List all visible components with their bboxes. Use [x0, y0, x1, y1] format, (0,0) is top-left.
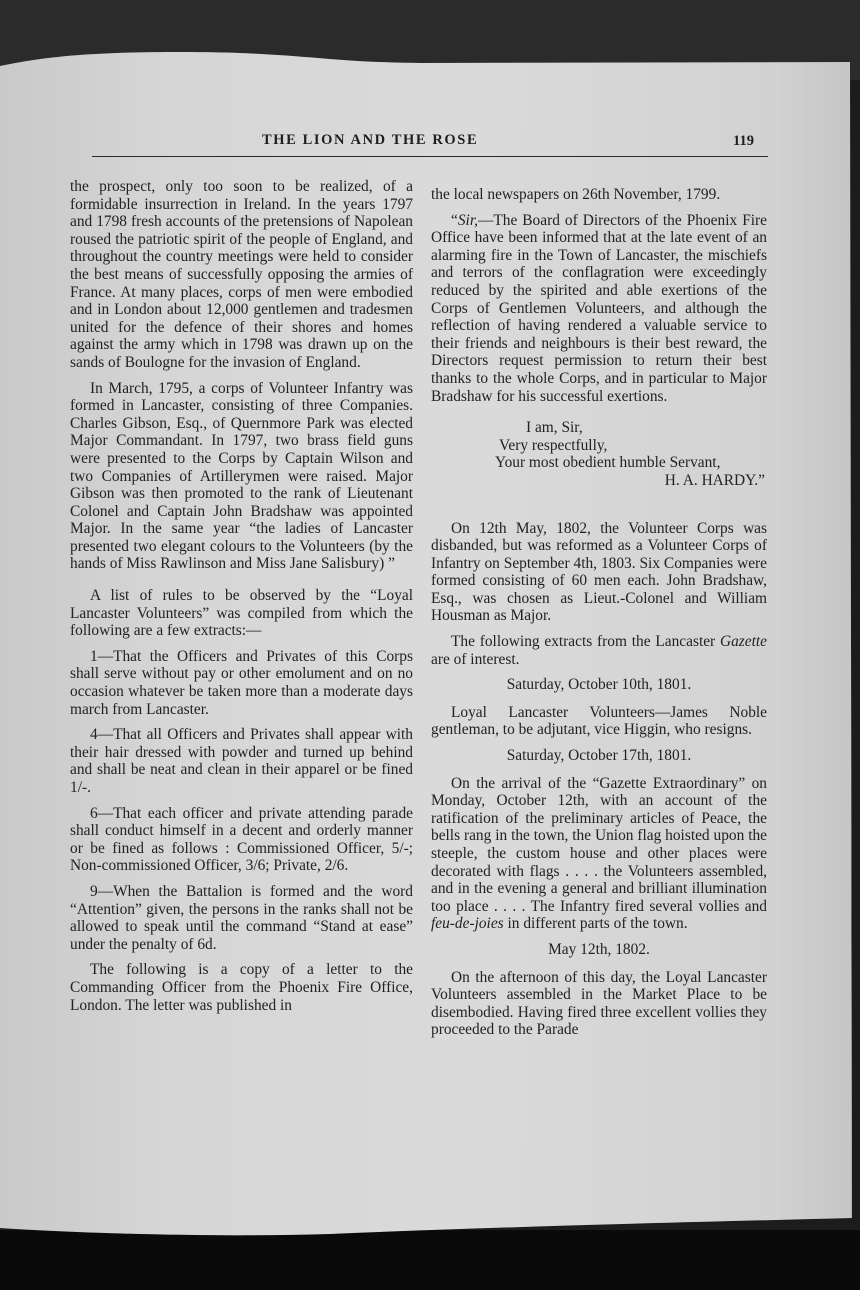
signoff-line: Your most obedient humble Servant,: [431, 454, 767, 472]
paragraph: A list of rules to be observed by the “L…: [70, 587, 413, 640]
rule-item: 4—That all Officers and Privates shall a…: [70, 726, 413, 796]
rule-item: 6—That each officer and private attendin…: [70, 805, 413, 875]
book-page: THE LION AND THE ROSE 119 the prospect, …: [0, 0, 860, 1290]
dateline: Saturday, October 17th, 1801.: [431, 747, 767, 765]
page-number: 119: [733, 133, 754, 150]
dateline: Saturday, October 10th, 1801.: [431, 676, 767, 694]
running-header: THE LION AND THE ROSE 119: [92, 130, 768, 157]
running-title: THE LION AND THE ROSE: [262, 132, 478, 149]
left-column: the prospect, only too soon to be realiz…: [70, 178, 413, 1022]
publication-title: Gazette: [720, 633, 767, 650]
paragraph: The following is a copy of a letter to t…: [70, 961, 413, 1014]
rule-item: 1—That the Officers and Privates of this…: [70, 648, 413, 718]
paragraph: On 12th May, 1802, the Volunteer Corps w…: [431, 520, 767, 626]
signature: H. A. HARDY.”: [431, 472, 767, 490]
paragraph: The following extracts from the Lancaste…: [431, 633, 767, 668]
paragraph: the prospect, only too soon to be realiz…: [70, 178, 413, 372]
letter-salutation: Sir,: [458, 212, 478, 229]
text: are of interest.: [431, 651, 519, 668]
paragraph: In March, 1795, a corps of Volunteer In­…: [70, 380, 413, 574]
page-stack-edge: [851, 62, 854, 1218]
paragraph: On the arrival of the “Gazette Extraordi…: [431, 775, 767, 933]
paragraph: the local newspapers on 26th November, 1…: [431, 186, 767, 204]
signoff-line: Very respectfully,: [431, 437, 767, 455]
letter-body: “Sir,—The Board of Directors of the Phoe…: [431, 212, 767, 406]
signoff-line: I am, Sir,: [431, 419, 767, 437]
paragraph: Loyal Lancaster Volunteers—James Noble g…: [431, 704, 767, 739]
paragraph: On the afternoon of this day, the Loyal …: [431, 969, 767, 1039]
photo-backdrop-bottom: [0, 1230, 860, 1290]
right-column: the local newspapers on 26th November, 1…: [431, 186, 767, 1047]
text: The following extracts from the Lancaste…: [451, 633, 720, 650]
italic-term: feu-de-joies: [431, 915, 504, 932]
dateline: May 12th, 1802.: [431, 941, 767, 959]
letter-text: —The Board of Directors of the Phoenix F…: [431, 212, 767, 405]
rule-item: 9—When the Battalion is formed and the w…: [70, 883, 413, 953]
text: On the arrival of the “Gazette Extraordi…: [431, 775, 767, 915]
text: in different parts of the town.: [504, 915, 688, 932]
